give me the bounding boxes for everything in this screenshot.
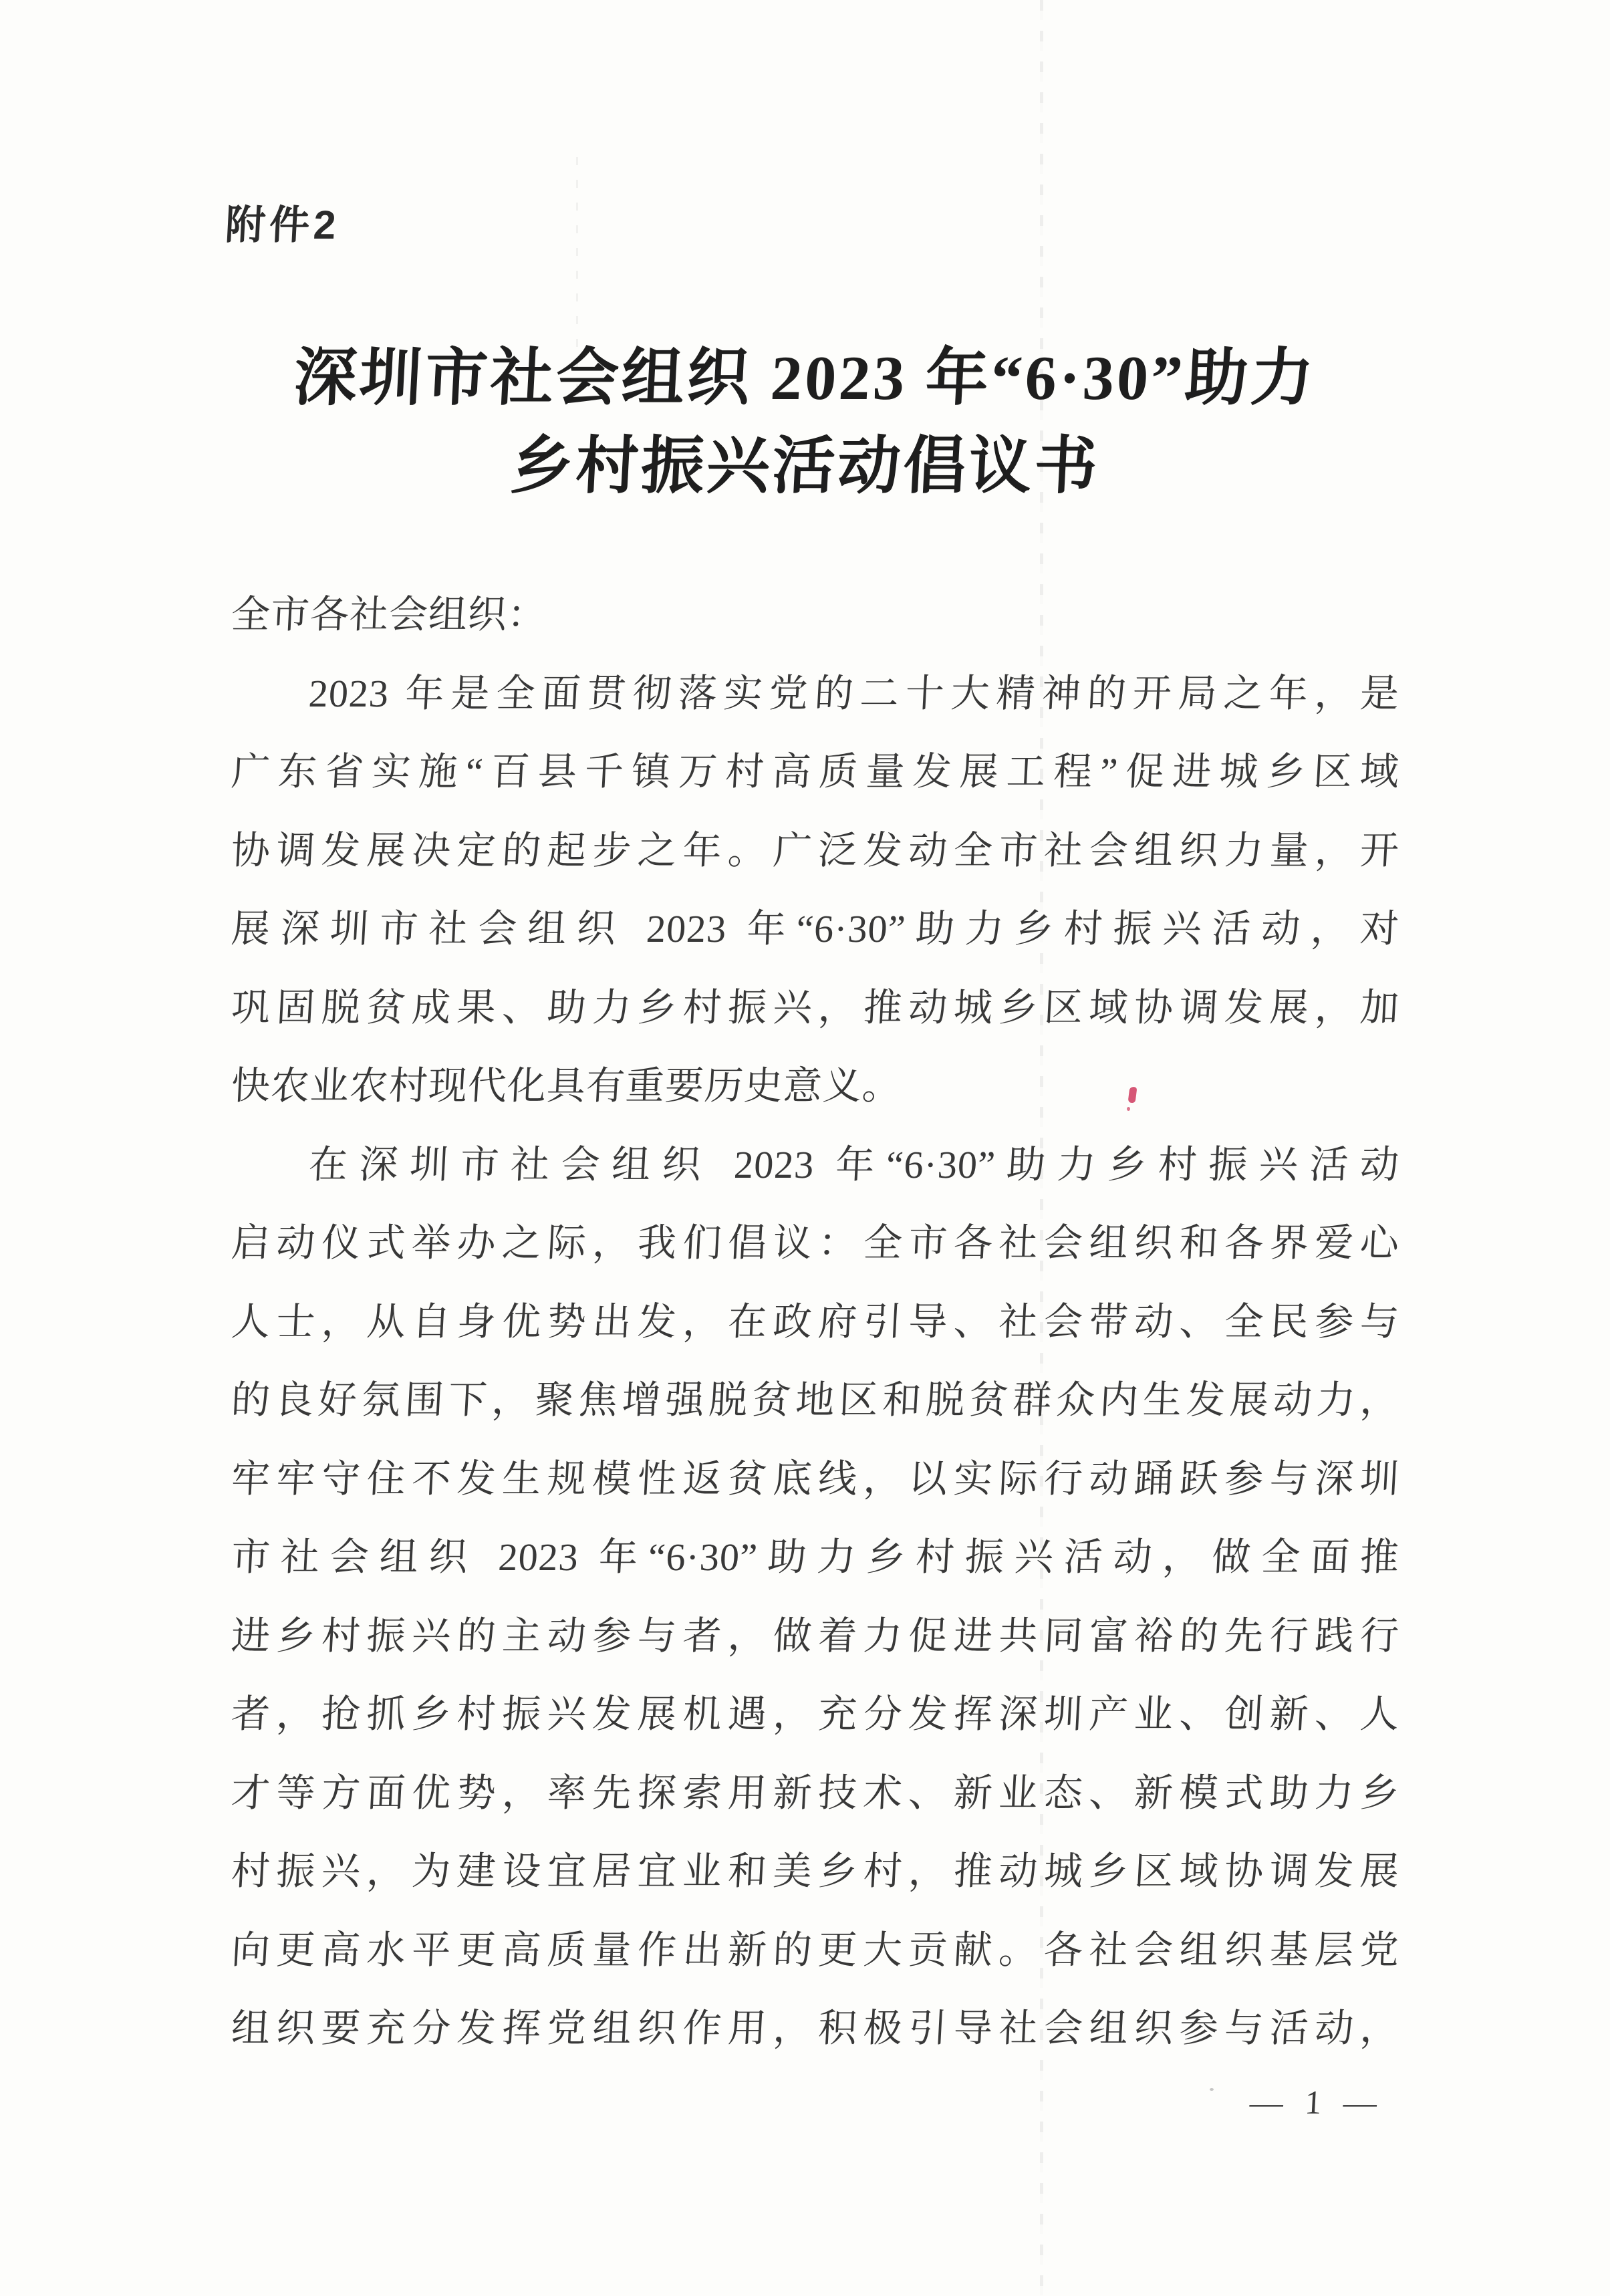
ink-speck	[1210, 2088, 1214, 2091]
body-line: 广东省实施“百县千镇万村高质量发展工程”促进城乡区域	[229, 733, 1401, 811]
body-line: 者，抢抓乡村振兴发展机遇，充分发挥深圳产业、创新、人	[229, 1675, 1401, 1754]
body-line: 向更高水平更高质量作出新的更大贡献。各社会组织基层党	[229, 1911, 1401, 1990]
body-line: 快农业农村现代化具有重要历史意义。	[229, 1047, 1401, 1126]
body-line: 进乡村振兴的主动参与者，做着力促进共同富裕的先行践行	[229, 1597, 1401, 1676]
page-number: — 1 —	[1232, 2080, 1401, 2124]
body-line: 在深圳市社会组织 2023 年“6·30”助力乡村振兴活动	[229, 1126, 1401, 1204]
title-line-2: 乡村振兴活动倡议书	[0, 422, 1610, 511]
body-line: 协调发展决定的起步之年。广泛发动全市社会组织力量，开	[229, 811, 1401, 890]
title-line-1: 深圳市社会组织 2023 年“6·30”助力	[0, 334, 1610, 422]
scanned-document-page: 附件2 深圳市社会组织 2023 年“6·30”助力 乡村振兴活动倡议书 全市各…	[0, 0, 1610, 2296]
document-title: 深圳市社会组织 2023 年“6·30”助力 乡村振兴活动倡议书	[0, 334, 1610, 511]
document-body: 全市各社会组织： 2023 年是全面贯彻落实党的二十大精神的开局之年，是 广东省…	[231, 576, 1399, 2068]
body-line: 才等方面优势，率先探索用新技术、新业态、新模式助力乡	[229, 1754, 1401, 1833]
body-line: 启动仪式举办之际，我们倡议：全市各社会组织和各界爱心	[229, 1204, 1401, 1283]
body-line: 牢牢守住不发生规模性返贫底线，以实际行动踊跃参与深圳	[229, 1440, 1401, 1519]
body-line: 组织要充分发挥党组织作用，积极引导社会组织参与活动，	[229, 1989, 1401, 2068]
salutation-line: 全市各社会组织：	[229, 576, 1401, 654]
body-line: 巩固脱贫成果、助力乡村振兴，推动城乡区域协调发展，加	[229, 969, 1401, 1047]
body-line: 市社会组织 2023 年“6·30”助力乡村振兴活动，做全面推	[229, 1518, 1401, 1597]
body-line: 展深圳市社会组织 2023 年“6·30”助力乡村振兴活动，对	[229, 890, 1401, 969]
body-line: 2023 年是全面贯彻落实党的二十大精神的开局之年，是	[229, 654, 1401, 733]
body-line: 村振兴，为建设宜居宜业和美乡村，推动城乡区域协调发展	[229, 1832, 1401, 1911]
attachment-label: 附件2	[224, 203, 341, 248]
body-line: 人士，从自身优势出发，在政府引导、社会带动、全民参与	[229, 1283, 1401, 1362]
body-line: 的良好氛围下，聚焦增强脱贫地区和脱贫群众内生发展动力，	[229, 1361, 1401, 1440]
